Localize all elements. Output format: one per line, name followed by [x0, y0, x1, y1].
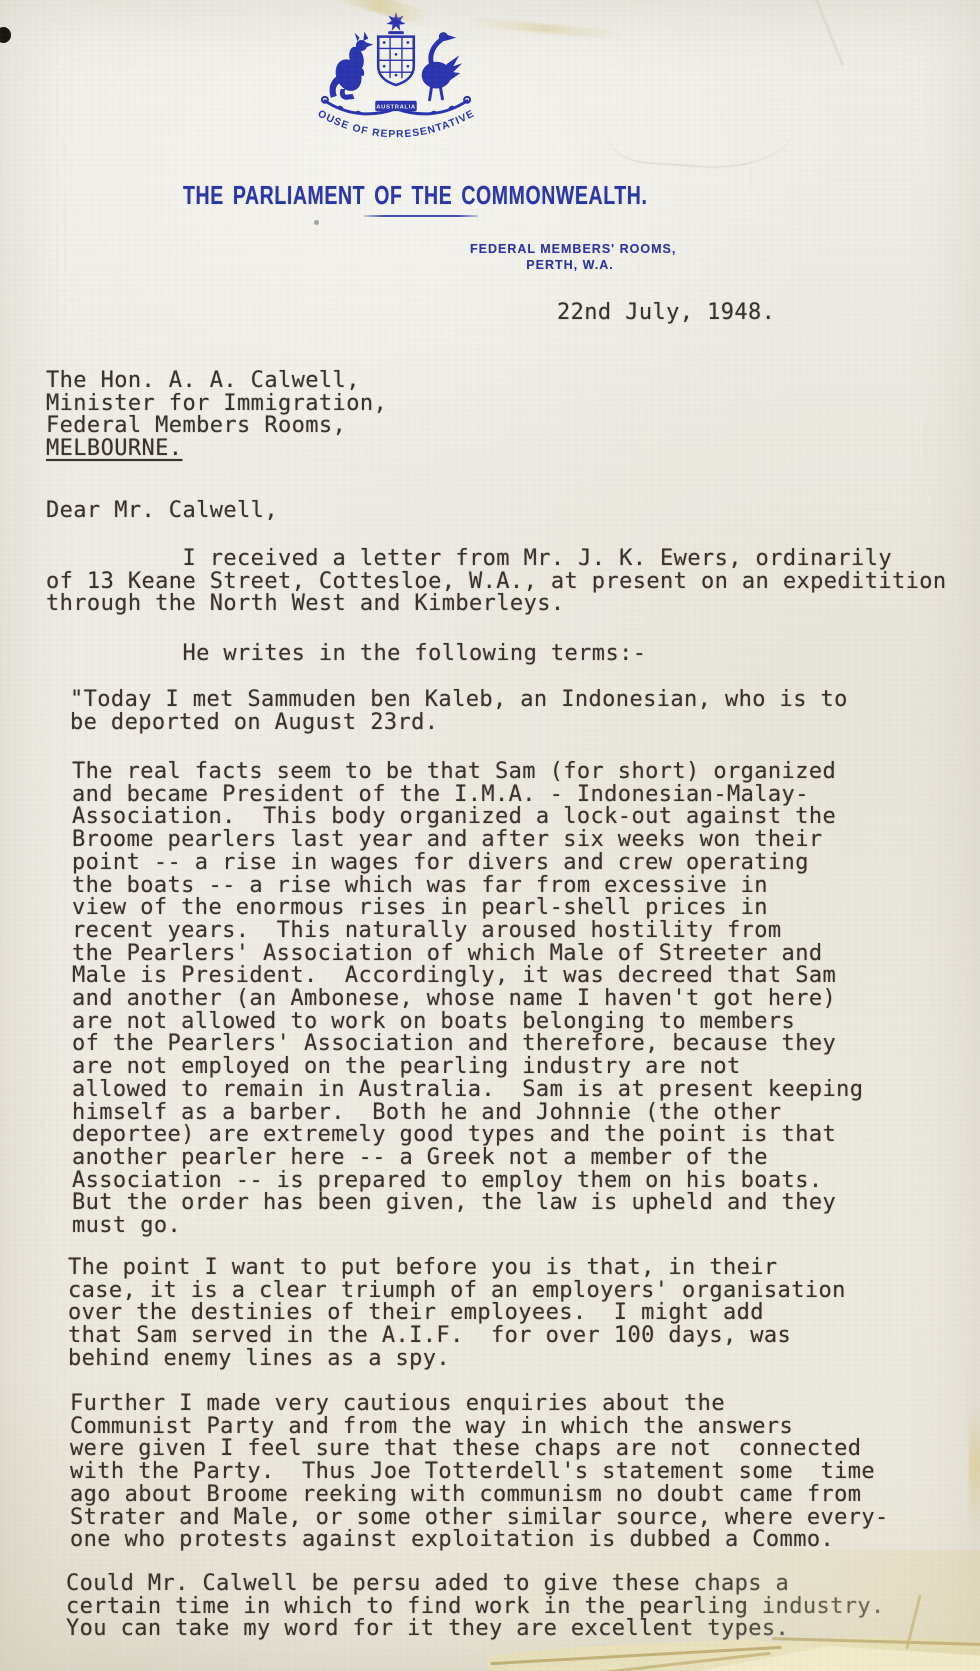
fold-line-top-right [814, 0, 844, 66]
crease-bottom-3 [557, 1652, 771, 1671]
coat-of-arms: AUSTRALIA HOUSE OF REPRESENTATIVES [296, 6, 496, 164]
hairline-crease-right [607, 112, 795, 174]
recipient-address: The Hon. A. A. Calwell, Minister for Imm… [46, 370, 387, 438]
commonwealth-star-icon [386, 12, 405, 34]
quoted-paragraph-5: Could Mr. Calwell be persu aded to give … [66, 1573, 885, 1641]
quoted-paragraph-4: Further I made very cautious enquiries a… [70, 1393, 889, 1552]
australia-scroll-label: AUSTRALIA [376, 105, 416, 111]
letterhead-office-address: FEDERAL MEMBERS' ROOMS, PERTH, W.A. [470, 241, 670, 273]
recipient-city: MELBOURNE. [46, 438, 182, 461]
letter-date: 22nd July, 1948. [557, 302, 775, 325]
quoted-paragraph-3: The point I want to put before you is th… [68, 1257, 846, 1371]
quoted-paragraph-2: The real facts seem to be that Sam (for … [72, 761, 863, 1238]
quoted-paragraph-1: "Today I met Sammuden ben Kaleb, an Indo… [70, 689, 848, 734]
kangaroo-icon [330, 32, 374, 100]
letterhead-title: THE PARLIAMENT OF THE COMMONWEALTH. [183, 181, 648, 212]
emu-icon [422, 32, 462, 100]
salutation: Dear Mr. Calwell, [46, 500, 278, 523]
stain-bottom-facet [700, 1646, 980, 1671]
australia-scroll: AUSTRALIA [375, 101, 416, 111]
letterhead-divider [364, 215, 478, 217]
stain-right-edge [969, 1405, 980, 1535]
speck-under-title [314, 220, 319, 225]
shield-icon [378, 37, 414, 85]
paragraph-intro: I received a letter from Mr. J. K. Ewers… [46, 548, 947, 616]
letter-page: AUSTRALIA HOUSE OF REPRESENTATIVES THE P… [0, 0, 980, 1671]
crease-bottom-4 [905, 1594, 921, 1649]
crease-bottom-1 [490, 1646, 782, 1665]
paragraph-lead-in: He writes in the following terms:- [46, 643, 646, 666]
ink-blot-left-edge [0, 27, 11, 43]
